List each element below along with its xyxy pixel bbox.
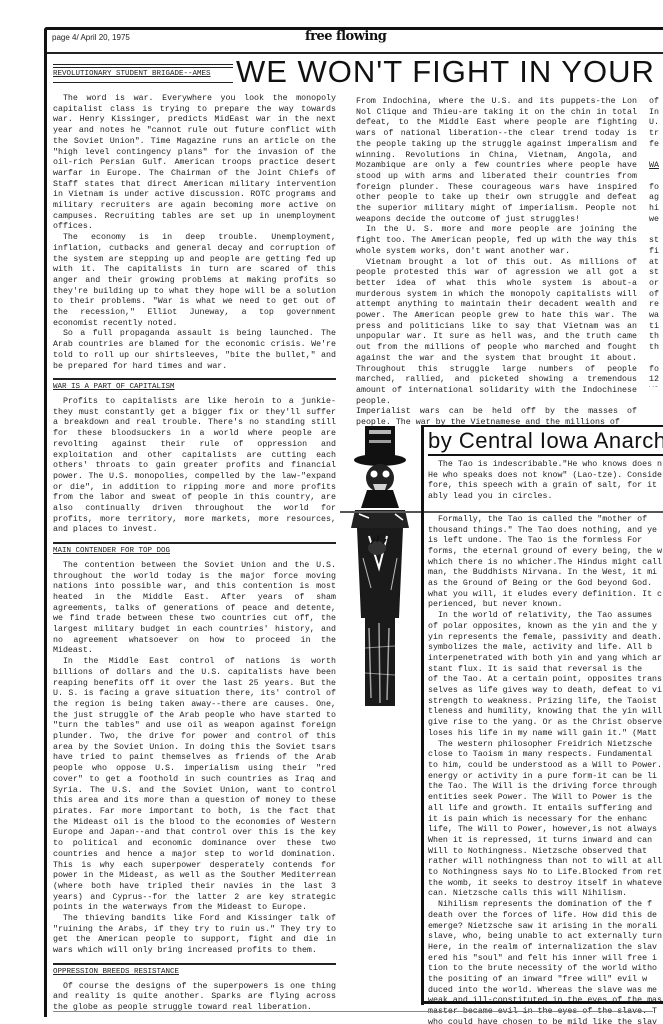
- uncle-sam-skeleton-illustration: [347, 418, 417, 708]
- text-line: In the world of relativity, the Tao assu…: [428, 611, 663, 622]
- fragment: wa: [649, 311, 663, 322]
- text-line: Will to Nothingness. Nietzsche observed …: [428, 847, 663, 858]
- text-line: ably lead you in circles.: [428, 492, 663, 503]
- fragment: of: [649, 97, 663, 108]
- text-line: When it is repressed, it turns inward an…: [428, 836, 663, 847]
- article-paragraph: From Indochina, where the U.S. and its p…: [356, 97, 637, 225]
- article-headline: WE WON'T FIGHT IN YOUR: [236, 54, 655, 90]
- text-line: to Nothingness says No to Life.Blocked f…: [428, 868, 663, 879]
- article-right-column-clipped: of In U. tr fe WA fo ag hi we st fi at s…: [649, 97, 663, 387]
- article-paragraph: The economy is in deep trouble. Unemploy…: [53, 233, 336, 329]
- text-line: of the Tao. At a certain point, opposite…: [428, 675, 663, 686]
- anarchist-article-body: The Tao is indescribable."He who knows d…: [428, 460, 663, 1024]
- text-line: ered his "soul" and felt his inner will …: [428, 954, 663, 965]
- fragment: fi: [649, 247, 663, 258]
- section-heading: MAIN CONTENDER FOR TOP DOG: [53, 542, 336, 557]
- article-middle-column: From Indochina, where the U.S. and its p…: [356, 97, 637, 429]
- text-line: strength to weakness. Prizing life, the …: [428, 697, 663, 708]
- text-line: interpenetrated with both yin and yang w…: [428, 654, 663, 665]
- text-line: is left undone. The Tao is the formless …: [428, 536, 663, 547]
- text-line: entities seek Power. The Will to Power i…: [428, 793, 663, 804]
- text-line: close to Taoism in many respects. Fundam…: [428, 750, 663, 761]
- masthead-logo: free flowing: [305, 29, 386, 44]
- anarchist-body-lines: Formally, the Tao is called the "mother …: [428, 515, 663, 1024]
- article-paragraph: In the U. S. more and more people are jo…: [356, 225, 637, 257]
- fragment: WA: [649, 161, 663, 172]
- text-line: The Tao is indescribable."He who knows d…: [428, 460, 663, 471]
- text-line: can. Nietzsche calls this will Nihilism.: [428, 889, 663, 900]
- byline-rule-top-2: [53, 67, 233, 68]
- text-line: of polar opposites, known as the yin and…: [428, 622, 663, 633]
- fragment: th: [649, 332, 663, 343]
- fragment: 12: [649, 375, 663, 386]
- text-line: man, the Buddhists Nirvana. In the West,…: [428, 568, 663, 579]
- fragment: re: [649, 300, 663, 311]
- text-line: He who speaks does not know" (Lao-tze). …: [428, 471, 663, 482]
- text-line: the Tao. The Will is the driving force t…: [428, 782, 663, 793]
- text-line: which there is no whicher.The Hindus mig…: [428, 558, 663, 569]
- text-line: The western philosopher Freidrich Nietzs…: [428, 740, 663, 751]
- article-paragraph: Vietnam brought a lot of this out. As mi…: [356, 258, 637, 408]
- article-paragraph: In the Middle East control of nations is…: [53, 657, 336, 914]
- anarchist-box-bottom-rule: [421, 1001, 663, 1004]
- text-line: stant flux. It is said that reversal is …: [428, 665, 663, 676]
- text-line: perienced, but never known.: [428, 600, 663, 611]
- article-left-column: The word is war. Everywhere you look the…: [53, 94, 336, 1014]
- fragment: or: [649, 279, 663, 290]
- text-line: energy or activity in a pure form-it can…: [428, 772, 663, 783]
- text-line: yin represents the female, passivity and…: [428, 633, 663, 644]
- text-line: selves as life gives way to death, defea…: [428, 686, 663, 697]
- byline-rule-top: [53, 64, 233, 65]
- section-heading: OPPRESSION BREEDS RESISTANCE: [53, 963, 336, 978]
- fragment: tr: [649, 129, 663, 140]
- article-paragraph: So a full propaganda assault is being la…: [53, 329, 336, 372]
- text-line: loses his life in my name will gain it."…: [428, 729, 663, 740]
- fragment: ti: [649, 322, 663, 333]
- fragment: fo: [649, 183, 663, 194]
- text-line: it is pain which is necessary for the en…: [428, 815, 663, 826]
- article-paragraph: Of course the designs of the superpowers…: [53, 982, 336, 1014]
- article-paragraph: Profits to capitalists are like heroin t…: [53, 397, 336, 536]
- text-line: the womb, it seeks to destroy itself in …: [428, 879, 663, 890]
- text-line: as the Ground of Being or the God beyond…: [428, 579, 663, 590]
- fragment: fe: [649, 140, 663, 151]
- text-line: master became evil in the eyes of the sl…: [428, 1007, 663, 1018]
- fragment: at: [649, 258, 663, 269]
- text-line: who could have chosen to be mild like th…: [428, 1018, 663, 1024]
- section-heading: WAR IS A PART OF CAPITALISM: [53, 378, 336, 393]
- fragment: fo: [649, 365, 663, 376]
- page-frame-left: [44, 27, 47, 1017]
- text-line: life, The Will to Power, however,is not …: [428, 825, 663, 836]
- article-paragraph: The contention between the Soviet Union …: [53, 561, 336, 657]
- page-bottom-rule: [53, 1011, 653, 1012]
- text-line: what you will, it eludes every definitio…: [428, 590, 663, 601]
- text-line: forms, the eternal ground of every being…: [428, 547, 663, 558]
- fragment: YO: [649, 386, 663, 387]
- fragment: th: [649, 343, 663, 354]
- text-line: tion to the brute necessity of the world…: [428, 964, 663, 975]
- fragment: In: [649, 108, 663, 119]
- text-line: rather will nothingness than not to will…: [428, 857, 663, 868]
- fragment: hi: [649, 204, 663, 215]
- text-line: thousand things." The Tao does nothing, …: [428, 526, 663, 537]
- fragment: st: [649, 268, 663, 279]
- byline-rule-bottom: [53, 82, 233, 83]
- article-paragraph: The thieving bandits like Ford and Kissi…: [53, 914, 336, 957]
- text-line: symbolizes the male, activity and life. …: [428, 643, 663, 654]
- text-line: Formally, the Tao is called the "mother …: [428, 515, 663, 526]
- anarchist-article-heading: by Central Iowa Anarchists: [428, 428, 663, 456]
- text-line: Here, in the realm of internalization th…: [428, 943, 663, 954]
- fragment: st: [649, 236, 663, 247]
- text-line: fore, this speech with a grain of salt, …: [428, 481, 663, 492]
- text-line: duced into the world. Whereas the slave …: [428, 986, 663, 997]
- page-label: page 4/ April 20, 1975: [52, 33, 130, 42]
- fragment: U.: [649, 118, 663, 129]
- text-line: give rise to the yang. Or as the Christ …: [428, 718, 663, 729]
- text-line: slave, who, being unable to act external…: [428, 932, 663, 943]
- text-line: emerge? Nietzsche saw it arising in the …: [428, 922, 663, 933]
- text-line: death over the forces of life. How did t…: [428, 911, 663, 922]
- text-line: tleness and humility, knowing that the y…: [428, 707, 663, 718]
- text-line: Nihilism represents the domination of th…: [428, 900, 663, 911]
- fragment: we: [649, 215, 663, 226]
- text-line: all life and growth. It entails sufferin…: [428, 804, 663, 815]
- fragment: of: [649, 290, 663, 301]
- fragment: ag: [649, 193, 663, 204]
- text-line: the positing of an inward "free will" ev…: [428, 975, 663, 986]
- article-byline: REVOLUTIONARY STUDENT BRIGADE--AMES: [53, 70, 211, 78]
- text-line: to him, could be understood as a Will to…: [428, 761, 663, 772]
- article-paragraph: The word is war. Everywhere you look the…: [53, 94, 336, 233]
